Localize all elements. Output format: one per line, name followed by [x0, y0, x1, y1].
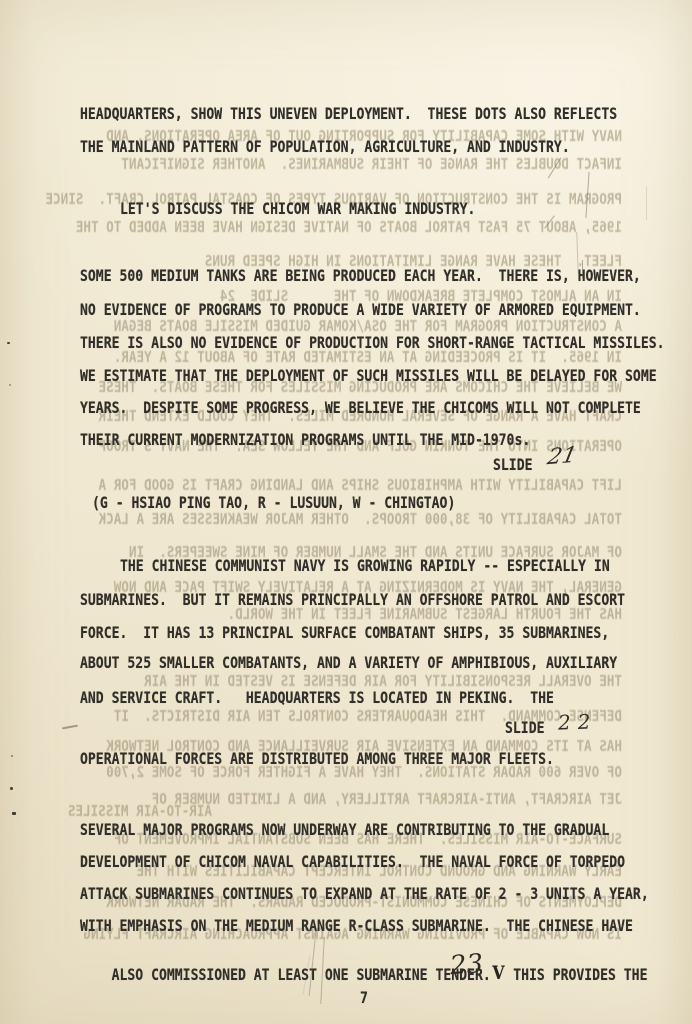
bleedthrough-line: LIFT CAPABILITY WITH AMPHIBIOUS SHIPS AN… — [99, 476, 622, 494]
bleedthrough-line: TOTAL CAPABILITY OF 38,000 TROOPS. OTHER… — [99, 510, 622, 528]
scratch-mark — [582, 260, 583, 278]
bleedthrough-line: DEFENSE COMMAND. THIS HEADQUARTERS CONTR… — [114, 707, 622, 725]
body-text-line: WE ESTIMATE THAT THE DEPLOYMENT OF SUCH … — [80, 366, 657, 385]
body-text-line: THE CHINESE COMMUNIST NAVY IS GROWING RA… — [120, 556, 610, 575]
scratch-mark — [585, 172, 589, 218]
body-text-line: WITH EMPHASIS ON THE MEDIUM RANGE R-CLAS… — [80, 916, 633, 935]
bleedthrough-line: AIR-TO-AIR MISSILES — [68, 802, 212, 820]
paper-speck — [11, 755, 13, 757]
body-text-line: YEARS. DESPITE SOME PROGRESS, WE BELIEVE… — [80, 398, 641, 417]
scratch-mark — [576, 232, 578, 274]
legend-line: (G - HSIAO PING TAO, R - LUSUUN, W - CHI… — [92, 493, 455, 512]
handwritten-page-ref: 23 — [449, 949, 484, 981]
scratch-mark — [544, 215, 555, 228]
bleedthrough-line: INFACT DOUBLES THE RANGE OF THEIR SUBMAR… — [121, 155, 622, 173]
body-text-line: LET'S DISCUSS THE CHICOM WAR MAKING INDU… — [120, 199, 475, 218]
paper-speck — [10, 787, 13, 790]
handwritten-slide-number: 21 — [545, 443, 579, 470]
handwritten-checkmark: V — [492, 964, 504, 983]
body-text-line: ABOUT 525 SMALLER COMBATANTS, AND A VARI… — [80, 653, 617, 672]
body-text-line: ATTACK SUBMARINES CONTINUES TO EXPAND AT… — [80, 884, 649, 903]
body-text-line: SUBMARINES. BUT IT REMAINS PRINCIPALLY A… — [80, 590, 625, 609]
body-text-line: THERE IS ALSO NO EVIDENCE OF PRODUCTION … — [80, 333, 665, 352]
body-text-line: DEVELOPMENT OF CHICOM NAVAL CAPABILITIES… — [80, 852, 625, 871]
handwritten-slide-number: 22 — [558, 709, 598, 734]
body-text-line: THE MAINLAND PATTERN OF POPULATION, AGRI… — [80, 137, 570, 156]
slide-cue-label: SLIDE — [493, 455, 533, 474]
page-number: 7 — [360, 988, 368, 1007]
paper-speck — [9, 384, 11, 386]
body-text-segment: ALSO COMMISSIONED AT LEAST ONE SUBMARINE… — [112, 965, 491, 984]
body-text-line: SOME 500 MEDIUM TANKS ARE BEING PRODUCED… — [80, 266, 641, 285]
body-text-line: SEVERAL MAJOR PROGRAMS NOW UNDERWAY ARE … — [80, 820, 609, 839]
scanned-document-page: NAVY WITH SOME CAPABILITY FOR SUPPORTING… — [0, 0, 692, 1024]
body-text-segment: THIS PROVIDES THE — [505, 965, 647, 984]
scratch-mark — [646, 186, 647, 220]
paper-speck — [12, 812, 16, 815]
body-text-line: OPERATIONAL FORCES ARE DISTRIBUTED AMONG… — [80, 749, 554, 768]
bleedthrough-line: JET AIRCRAFT, ANTI-AIRCRAFT ARTILLERY, A… — [152, 790, 622, 808]
scratch-mark — [548, 158, 562, 179]
body-text-line: NO EVIDENCE OF PROGRAMS TO PRODUCE A WID… — [80, 300, 641, 319]
body-text-line: THEIR CURRENT MODERNIZATION PROGRAMS UNT… — [80, 430, 530, 449]
body-text-line: FORCE. IT HAS 13 PRINCIPAL SURFACE COMBA… — [80, 623, 609, 642]
body-text-line: AND SERVICE CRAFT. HEADQUARTERS IS LOCAT… — [80, 688, 554, 707]
pencil-dash — [62, 725, 78, 730]
bleedthrough-line: 1965, ABOUT 75 FAST PATROL BOATS OF NATI… — [76, 218, 622, 236]
slide-cue-label: SLIDE — [505, 718, 545, 737]
body-text-line: HEADQUARTERS, SHOW THIS UNEVEN DEPLOYMEN… — [80, 104, 617, 123]
paper-speck — [7, 342, 10, 344]
